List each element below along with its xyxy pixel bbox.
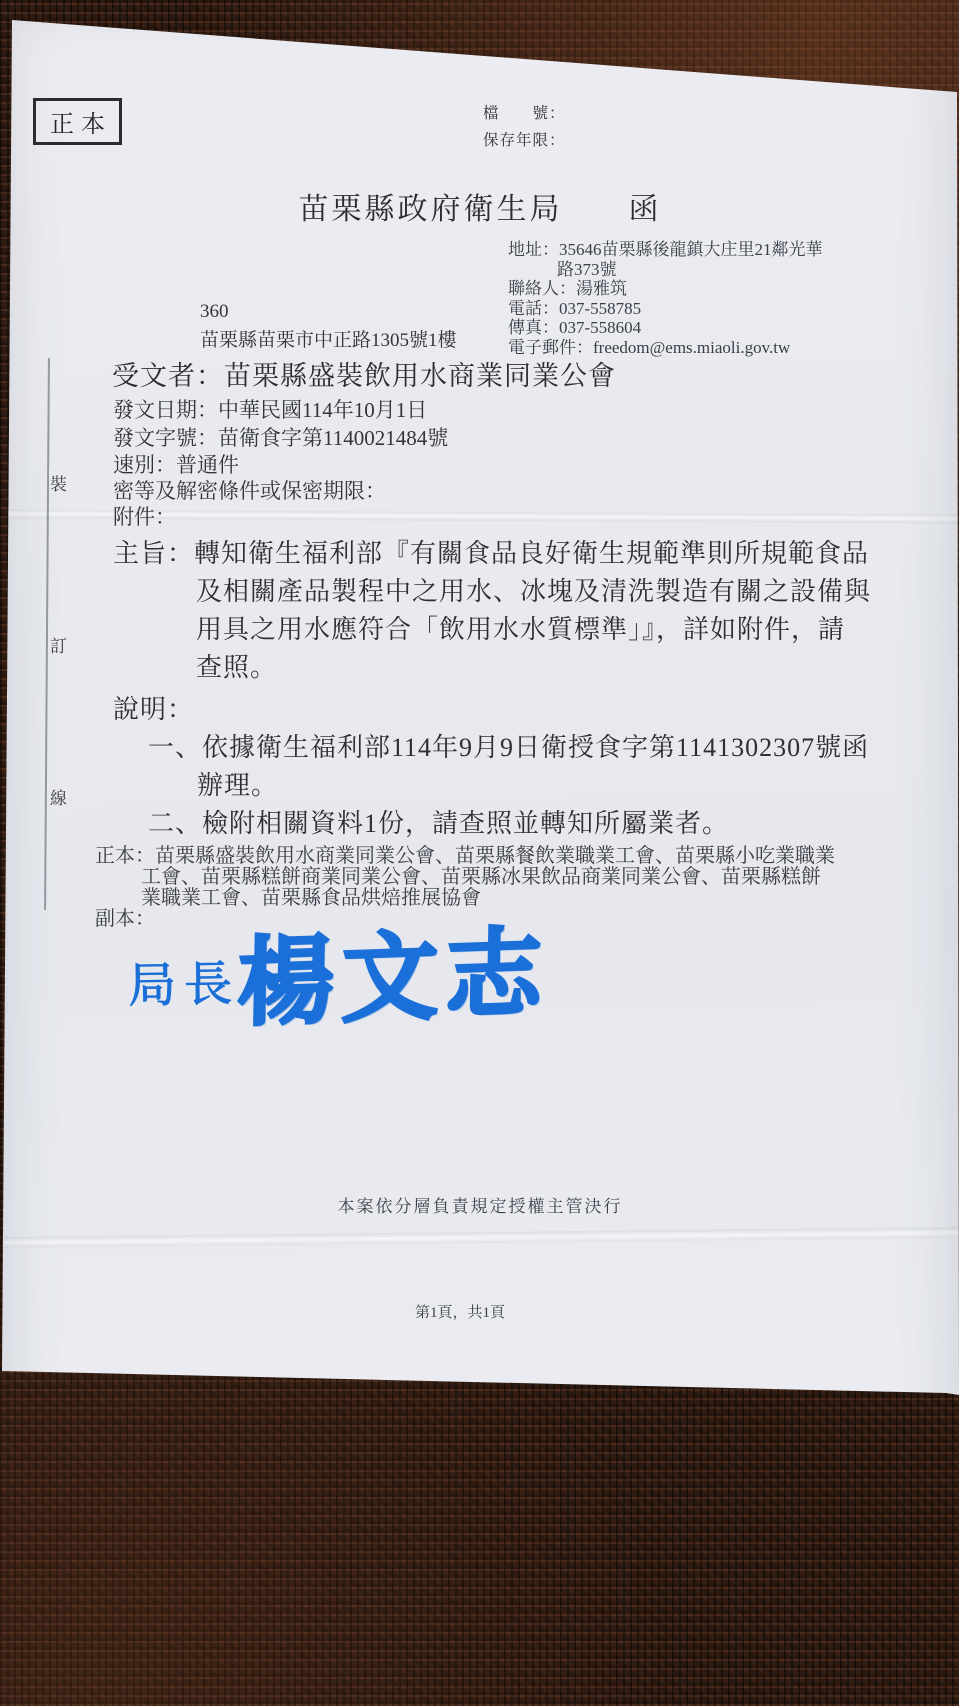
agency-phone: 電話：037-558785 bbox=[508, 299, 823, 319]
paper-crease-bottom bbox=[0, 1227, 959, 1248]
binding-mark-ding: 訂 bbox=[49, 630, 68, 659]
agency-contact-block: 地址：35646苗栗縣後龍鎮大庄里21鄰光華 路373號 聯絡人：湯雅筑 電話：… bbox=[508, 240, 823, 357]
subject-line-1: 主旨：轉知衛生福利部『有關食品良好衛生規範準則所規範食品 bbox=[113, 533, 869, 570]
copy-type-stamp: 正本 bbox=[33, 98, 122, 145]
recipient-line: 受文者：苗栗縣盛裝飲用水商業同業公會 bbox=[112, 354, 616, 393]
issue-date: 發文日期：中華民國114年10月1日 bbox=[113, 394, 427, 424]
attachment-label: 附件： bbox=[113, 501, 176, 531]
recipient-zip: 360 bbox=[200, 301, 229, 323]
paper-crease-top bbox=[0, 509, 959, 523]
document-number: 發文字號：苗衛食字第1140021484號 bbox=[113, 422, 448, 452]
explanation-heading: 說明： bbox=[113, 689, 194, 726]
binding-margin-line bbox=[44, 358, 50, 910]
agency-fax: 傳真：037-558604 bbox=[508, 318, 823, 338]
agency-email: 電子郵件：freedom@ems.miaoli.gov.tw bbox=[508, 338, 823, 358]
security-classification: 密等及解密條件或保密期限： bbox=[113, 475, 386, 505]
recipient-address: 苗栗縣苗栗市中正路1305號1樓 bbox=[200, 325, 457, 352]
copy-recipients-label: 副本： bbox=[95, 909, 155, 930]
explanation-item1-line1: 一、依據衛生福利部114年9月9日衛授食字第1141302307號函 bbox=[148, 727, 869, 764]
director-signature-stamp: 楊文志 bbox=[237, 896, 551, 1044]
file-number-label: 檔 號： bbox=[483, 101, 566, 123]
delivery-speed: 速別：普通件 bbox=[113, 449, 239, 479]
agency-address-line2: 路373號 bbox=[508, 260, 823, 280]
director-title-stamp: 局長 bbox=[127, 945, 240, 1016]
subject-line-3: 用具之用水應符合「飲用水水質標準」』，詳如附件，請 bbox=[196, 609, 845, 646]
retention-period-label: 保存年限： bbox=[483, 128, 566, 150]
agency-address-line1: 地址：35646苗栗縣後龍鎮大庄里21鄰光華 bbox=[508, 240, 823, 260]
original-recipients-line1: 正本：苗栗縣盛裝飲用水商業同業公會、苗栗縣餐飲業職業工會、苗栗縣小吃業職業 bbox=[95, 846, 835, 867]
original-recipients-line2: 工會、苗栗縣糕餅商業同業公會、苗栗縣冰果飲品商業同業公會、苗栗縣糕餅 bbox=[141, 867, 821, 888]
binding-mark-xian: 線 bbox=[49, 782, 68, 811]
subject-line-4: 查照。 bbox=[196, 647, 277, 684]
delegation-note: 本案依分層負責規定授權主管決行 bbox=[240, 1192, 720, 1217]
agency-contact-person: 聯絡人：湯雅筑 bbox=[508, 279, 823, 299]
page-title: 苗栗縣政府衛生局 函 bbox=[260, 184, 700, 228]
binding-mark-zhuang: 裝 bbox=[49, 468, 68, 497]
page-number: 第1頁，共1頁 bbox=[300, 1301, 620, 1322]
original-recipients-line3: 業職業工會、苗栗縣食品烘焙推展協會 bbox=[141, 888, 481, 909]
explanation-item1-line2: 辦理。 bbox=[197, 765, 278, 802]
subject-line-2: 及相關產品製程中之用水、冰塊及清洗製造有關之設備與 bbox=[196, 571, 871, 608]
explanation-item2: 二、檢附相關資料1份，請查照並轉知所屬業者。 bbox=[148, 803, 729, 840]
copy-type-label: 正本 bbox=[50, 104, 112, 139]
